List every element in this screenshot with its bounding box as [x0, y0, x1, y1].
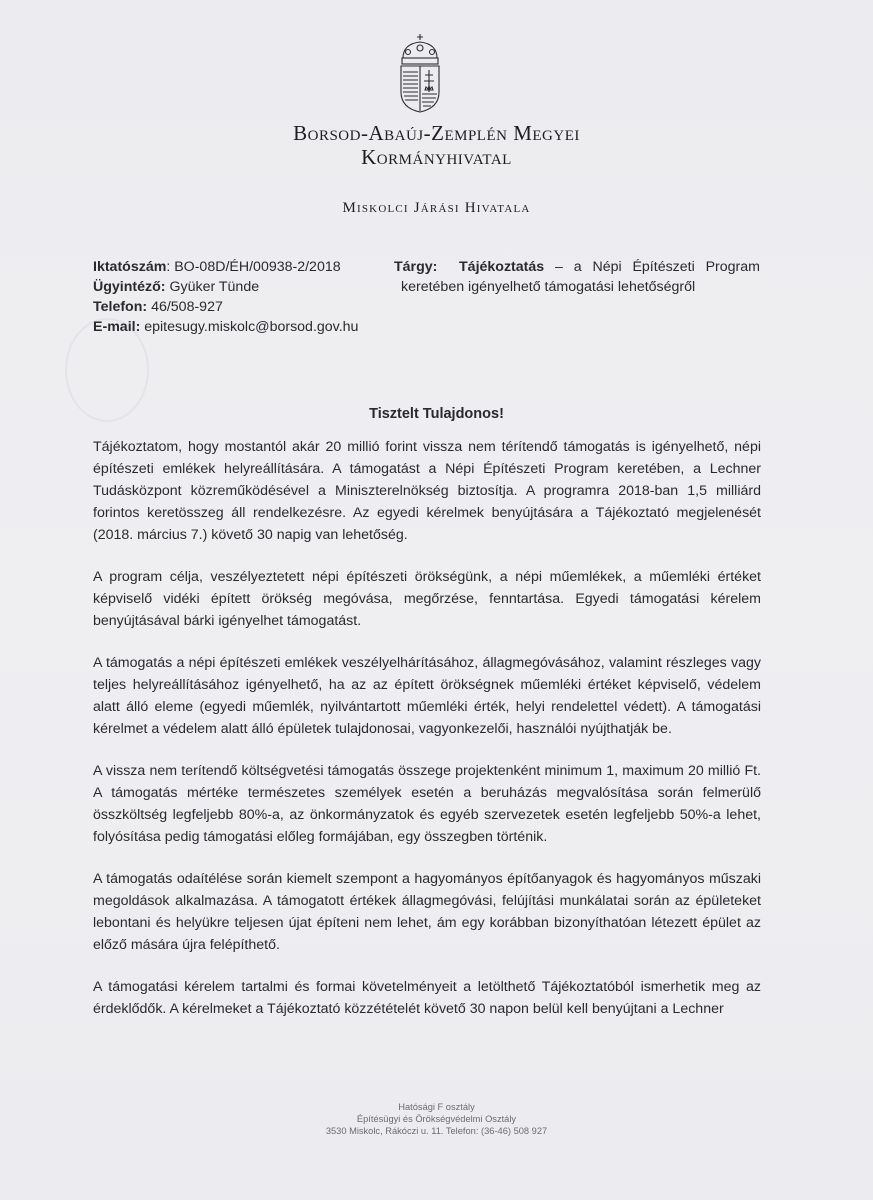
organization-name-line2: Kormányhivatal [0, 145, 873, 170]
footer-address: Hatósági F osztály Építésügyi és Örökség… [0, 1101, 873, 1137]
paragraph-3: A támogatás a népi építészeti emlékek ve… [93, 652, 761, 740]
salutation: Tisztelt Tulajdonos! [0, 406, 873, 422]
subject-line2: keretében igényelhető támogatási lehetős… [394, 277, 760, 297]
paragraph-4: A vissza nem terítendő költségvetési tám… [93, 760, 761, 848]
email: E-mail: epitesugy.miskolc@borsod.gov.hu [93, 317, 358, 337]
organization-name-line1: Borsod-Abaúj-Zemplén Megyei [0, 121, 873, 146]
paragraph-1: Tájékoztatom, hogy mostantól akár 20 mil… [93, 436, 761, 546]
subject-title: Tájékoztatás [459, 259, 544, 275]
letter-page: Borsod-Abaúj-Zemplén Megyei Kormányhivat… [0, 0, 873, 1200]
reference-block: Iktatószám: BO-08D/ÉH/00938-2/2018 Ügyin… [93, 257, 358, 337]
reference-number: Iktatószám: BO-08D/ÉH/00938-2/2018 [93, 257, 358, 277]
coat-of-arms-icon [393, 32, 447, 114]
subject-line1: Tárgy: Tájékoztatás – a Népi Építészeti … [394, 257, 760, 277]
paragraph-2: A program célja, veszélyeztetett népi ép… [93, 566, 761, 632]
phone: Telefon: 46/508-927 [93, 297, 358, 317]
subject-block: Tárgy: Tájékoztatás – a Népi Építészeti … [394, 257, 760, 297]
case-handler: Ügyintéző: Gyüker Tünde [93, 277, 358, 297]
office-name: Miskolci Járási Hivatala [0, 200, 873, 217]
paragraph-6: A támogatási kérelem tartalmi és formai … [93, 976, 761, 1020]
paragraph-5: A támogatás odaítélése során kiemelt sze… [93, 868, 761, 956]
